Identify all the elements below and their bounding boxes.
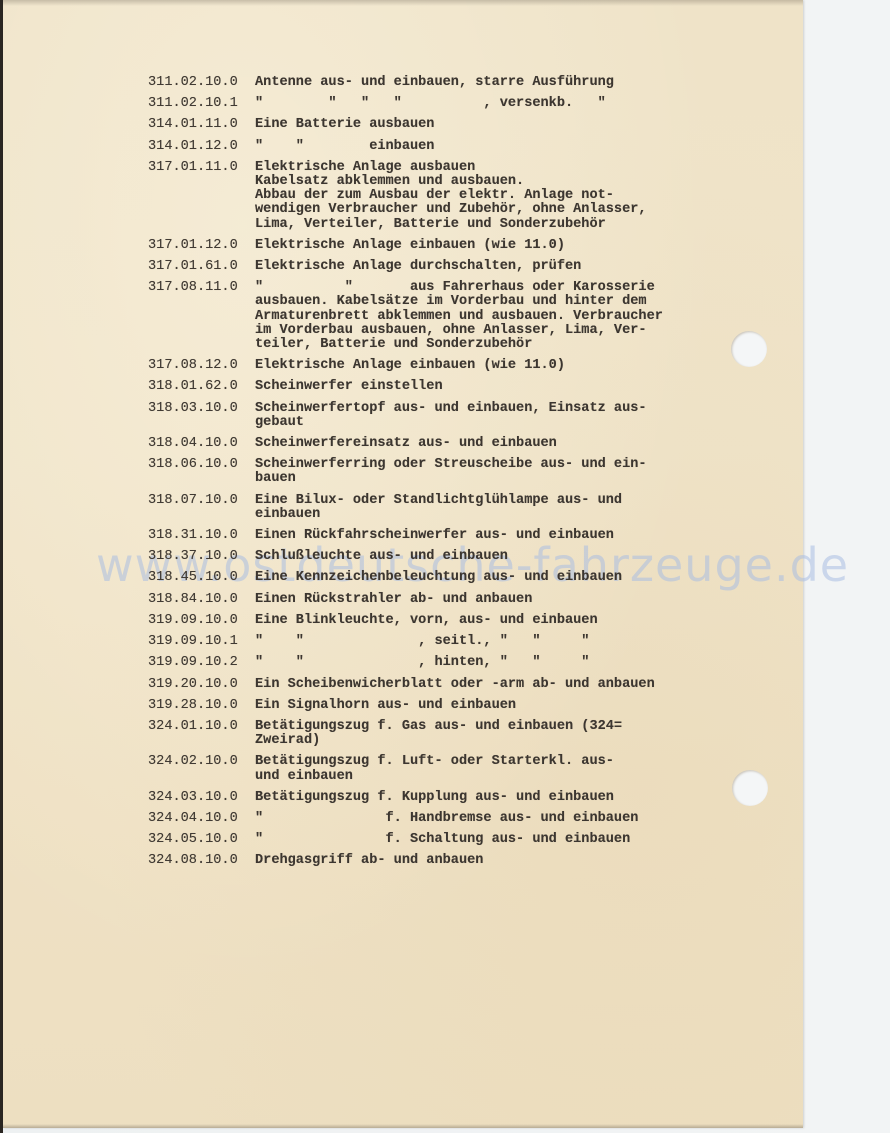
operation-code: 318.45.10.0 [148,571,255,585]
list-item: 319.09.10.0 Eine Blinkleuchte, vorn, aus… [148,614,708,628]
operation-description: " " aus Fahrerhaus oder Karosserie ausba… [255,281,708,352]
operation-code: 317.08.12.0 [148,359,255,373]
paper-top-shadow [3,0,803,6]
list-item: 324.03.10.0 Betätigungszug f. Kupplung a… [148,791,708,805]
list-item: 311.02.10.0 Antenne aus- und einbauen, s… [148,76,708,90]
list-item: 319.09.10.1 " " , seitl., " " " [148,635,708,649]
operation-code: 318.03.10.0 [148,402,255,430]
list-item: 319.28.10.0 Ein Signalhorn aus- und einb… [148,699,708,713]
operation-code: 324.01.10.0 [148,720,255,748]
list-item: 318.07.10.0 Eine Bilux- oder Standlichtg… [148,494,708,522]
operation-description: Betätigungszug f. Luft- oder Starterkl. … [255,755,708,783]
punch-hole-icon [731,331,767,367]
operation-description: Eine Blinkleuchte, vorn, aus- und einbau… [255,614,708,628]
operation-code: 319.09.10.0 [148,614,255,628]
operation-code: 314.01.12.0 [148,140,255,154]
operation-description: Scheinwerfereinsatz aus- und einbauen [255,437,708,451]
list-item: 318.84.10.0 Einen Rückstrahler ab- und a… [148,593,708,607]
operation-code: 319.09.10.1 [148,635,255,649]
operation-code: 314.01.11.0 [148,118,255,132]
operation-code: 324.04.10.0 [148,812,255,826]
list-item: 319.20.10.0 Ein Scheibenwicherblatt oder… [148,678,708,692]
punch-hole-icon [732,770,768,806]
operation-description: " f. Schaltung aus- und einbauen [255,833,708,847]
list-item: 324.08.10.0 Drehgasgriff ab- und anbauen [148,854,708,868]
list-item: 317.08.12.0 Elektrische Anlage einbauen … [148,359,708,373]
operation-description: Elektrische Anlage ausbauen Kabelsatz ab… [255,161,708,232]
operation-description: " " " " , versenkb. " [255,97,708,111]
list-item: 314.01.11.0 Eine Batterie ausbauen [148,118,708,132]
operation-description: Elektrische Anlage einbauen (wie 11.0) [255,359,708,373]
operation-description: Scheinwerfer einstellen [255,380,708,394]
operation-code: 318.04.10.0 [148,437,255,451]
operation-code: 318.01.62.0 [148,380,255,394]
operation-description: Schlußleuchte aus- und einbauen [255,550,708,564]
operation-description: " f. Handbremse aus- und einbauen [255,812,708,826]
operation-description: Eine Bilux- oder Standlichtglühlampe aus… [255,494,708,522]
list-item: 318.37.10.0 Schlußleuchte aus- und einba… [148,550,708,564]
list-item: 318.04.10.0 Scheinwerfereinsatz aus- und… [148,437,708,451]
operation-code: 319.09.10.2 [148,656,255,670]
list-item: 324.01.10.0 Betätigungszug f. Gas aus- u… [148,720,708,748]
list-item: 318.06.10.0 Scheinwerferring oder Streus… [148,458,708,486]
operation-code: 317.01.11.0 [148,161,255,232]
operation-description: Ein Signalhorn aus- und einbauen [255,699,708,713]
list-item: 324.04.10.0 " f. Handbremse aus- und ein… [148,812,708,826]
operation-description: Eine Batterie ausbauen [255,118,708,132]
operation-description: Einen Rückstrahler ab- und anbauen [255,593,708,607]
operation-code: 324.03.10.0 [148,791,255,805]
operation-description: Ein Scheibenwicherblatt oder -arm ab- un… [255,678,708,692]
list-item: 317.01.61.0 Elektrische Anlage durchscha… [148,260,708,274]
operations-list: 311.02.10.0 Antenne aus- und einbauen, s… [148,76,708,876]
operation-description: " " einbauen [255,140,708,154]
operation-code: 324.05.10.0 [148,833,255,847]
paper-bottom-shadow [3,1124,803,1128]
operation-description: Scheinwerfertopf aus- und einbauen, Eins… [255,402,708,430]
operation-description: " " , hinten, " " " [255,656,708,670]
operation-description: Einen Rückfahrscheinwerfer aus- und einb… [255,529,708,543]
operation-description: Elektrische Anlage einbauen (wie 11.0) [255,239,708,253]
list-item: 318.45.10.0 Eine Kennzeichenbeleuchtung … [148,571,708,585]
operation-code: 318.84.10.0 [148,593,255,607]
operation-code: 317.08.11.0 [148,281,255,352]
list-item: 317.08.11.0 " " aus Fahrerhaus oder Karo… [148,281,708,352]
operation-description: Drehgasgriff ab- und anbauen [255,854,708,868]
operation-code: 318.37.10.0 [148,550,255,564]
list-item: 318.01.62.0 Scheinwerfer einstellen [148,380,708,394]
list-item: 324.05.10.0 " f. Schaltung aus- und einb… [148,833,708,847]
operation-code: 318.31.10.0 [148,529,255,543]
list-item: 314.01.12.0 " " einbauen [148,140,708,154]
operation-description: Elektrische Anlage durchschalten, prüfen [255,260,708,274]
list-item: 311.02.10.1 " " " " , versenkb. " [148,97,708,111]
operation-code: 311.02.10.0 [148,76,255,90]
operation-code: 311.02.10.1 [148,97,255,111]
operation-code: 324.08.10.0 [148,854,255,868]
list-item: 318.03.10.0 Scheinwerfertopf aus- und ei… [148,402,708,430]
list-item: 317.01.11.0 Elektrische Anlage ausbauen … [148,161,708,232]
list-item: 318.31.10.0 Einen Rückfahrscheinwerfer a… [148,529,708,543]
operation-description: Scheinwerferring oder Streuscheibe aus- … [255,458,708,486]
list-item: 317.01.12.0 Elektrische Anlage einbauen … [148,239,708,253]
operation-code: 317.01.12.0 [148,239,255,253]
operation-description: Antenne aus- und einbauen, starre Ausfüh… [255,76,708,90]
operation-code: 317.01.61.0 [148,260,255,274]
operation-code: 318.07.10.0 [148,494,255,522]
operation-description: " " , seitl., " " " [255,635,708,649]
list-item: 324.02.10.0 Betätigungszug f. Luft- oder… [148,755,708,783]
operation-description: Betätigungszug f. Gas aus- und einbauen … [255,720,708,748]
operation-code: 324.02.10.0 [148,755,255,783]
operation-code: 319.20.10.0 [148,678,255,692]
operation-code: 319.28.10.0 [148,699,255,713]
operation-description: Eine Kennzeichenbeleuchtung aus- und ein… [255,571,708,585]
list-item: 319.09.10.2 " " , hinten, " " " [148,656,708,670]
operation-description: Betätigungszug f. Kupplung aus- und einb… [255,791,708,805]
operation-code: 318.06.10.0 [148,458,255,486]
